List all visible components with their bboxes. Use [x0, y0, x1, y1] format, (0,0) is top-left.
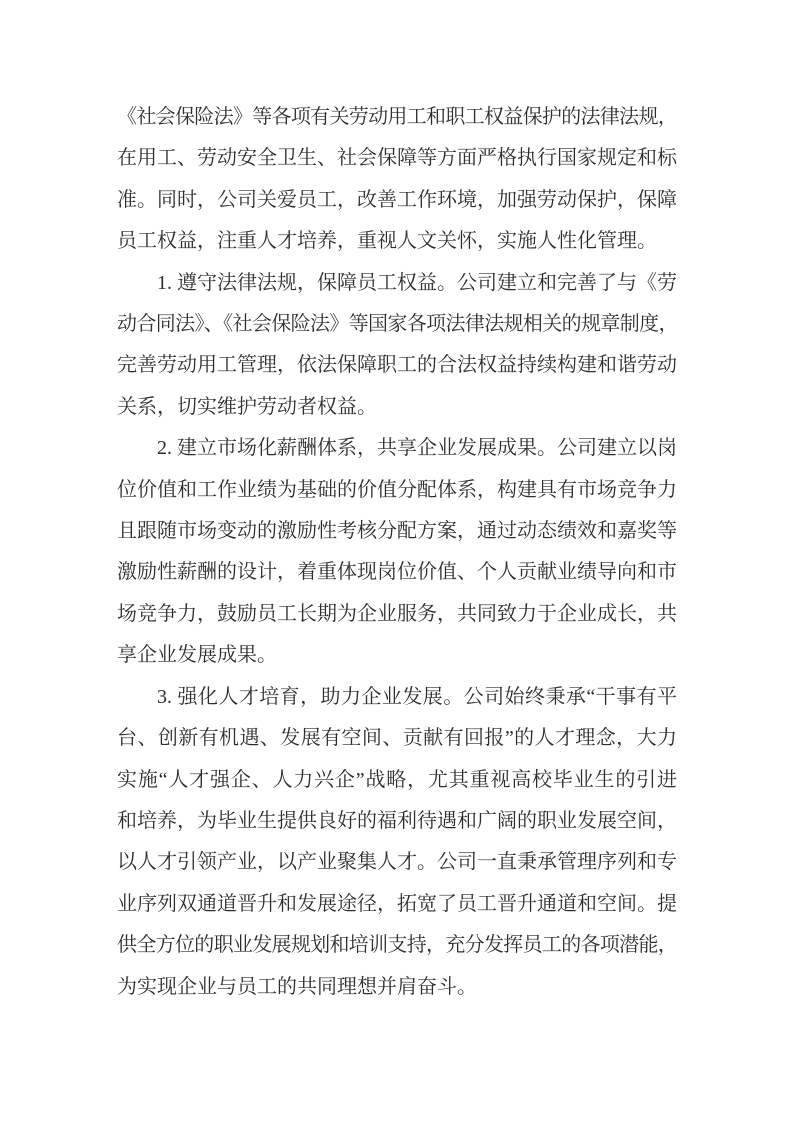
paragraph-item-1: 1. 遵守法律法规，保障员工权益。公司建立和完善了与《劳 动合同法》、《社会保险…: [117, 263, 677, 429]
text-line: 关系，切实维护劳动者权益。: [117, 387, 677, 428]
text-line: 完善劳动用工管理，依法保障职工的合法权益持续构建和谐劳动: [117, 345, 677, 386]
text-line: 享企业发展成果。: [117, 635, 677, 676]
text-line: 2. 建立市场化薪酬体系，共享企业发展成果。公司建立以岗: [117, 428, 677, 469]
text-line: 准。同时，公司关爱员工，改善工作环境，加强劳动保护，保障: [117, 180, 677, 221]
paragraph-item-3: 3. 强化人才培育，助力企业发展。公司始终秉承“干事有平 台、创新有机遇、发展有…: [117, 677, 677, 1008]
text-line: 3. 强化人才培育，助力企业发展。公司始终秉承“干事有平: [117, 677, 677, 718]
text-line: 和培养，为毕业生提供良好的福利待遇和广阔的职业发展空间，: [117, 801, 677, 842]
text-block: 《社会保险法》等各项有关劳动用工和职工权益保护的法律法规， 在用工、劳动安全卫生…: [117, 97, 677, 1008]
text-line: 以人才引领产业，以产业聚集人才。公司一直秉承管理序列和专: [117, 842, 677, 883]
text-line: 实施“人才强企、人力兴企”战略，尤其重视高校毕业生的引进: [117, 760, 677, 801]
paragraph-item-2: 2. 建立市场化薪酬体系，共享企业发展成果。公司建立以岗 位价值和工作业绩为基础…: [117, 428, 677, 676]
document-page: 《社会保险法》等各项有关劳动用工和职工权益保护的法律法规， 在用工、劳动安全卫生…: [0, 0, 793, 1122]
text-line: 《社会保险法》等各项有关劳动用工和职工权益保护的法律法规，: [117, 97, 677, 138]
text-line: 业序列双通道晋升和发展途径，拓宽了员工晋升通道和空间。提: [117, 884, 677, 925]
text-line: 激励性薪酬的设计，着重体现岗位价值、个人贡献业绩导向和市: [117, 552, 677, 593]
text-line: 供全方位的职业发展规划和培训支持，充分发挥员工的各项潜能，: [117, 925, 677, 966]
text-line: 1. 遵守法律法规，保障员工权益。公司建立和完善了与《劳: [117, 263, 677, 304]
text-line: 在用工、劳动安全卫生、社会保障等方面严格执行国家规定和标: [117, 138, 677, 179]
text-line: 场竞争力，鼓励员工长期为企业服务，共同致力于企业成长，共: [117, 594, 677, 635]
text-line: 且跟随市场变动的激励性考核分配方案，通过动态绩效和嘉奖等: [117, 511, 677, 552]
paragraph-intro: 《社会保险法》等各项有关劳动用工和职工权益保护的法律法规， 在用工、劳动安全卫生…: [117, 97, 677, 263]
text-line: 员工权益，注重人才培养，重视人文关怀，实施人性化管理。: [117, 221, 677, 262]
text-line: 位价值和工作业绩为基础的价值分配体系，构建具有市场竞争力: [117, 470, 677, 511]
text-line: 为实现企业与员工的共同理想并肩奋斗。: [117, 967, 677, 1008]
text-line: 台、创新有机遇、发展有空间、贡献有回报”的人才理念，大力: [117, 718, 677, 759]
text-line: 动合同法》、《社会保险法》等国家各项法律法规相关的规章制度，: [117, 304, 677, 345]
